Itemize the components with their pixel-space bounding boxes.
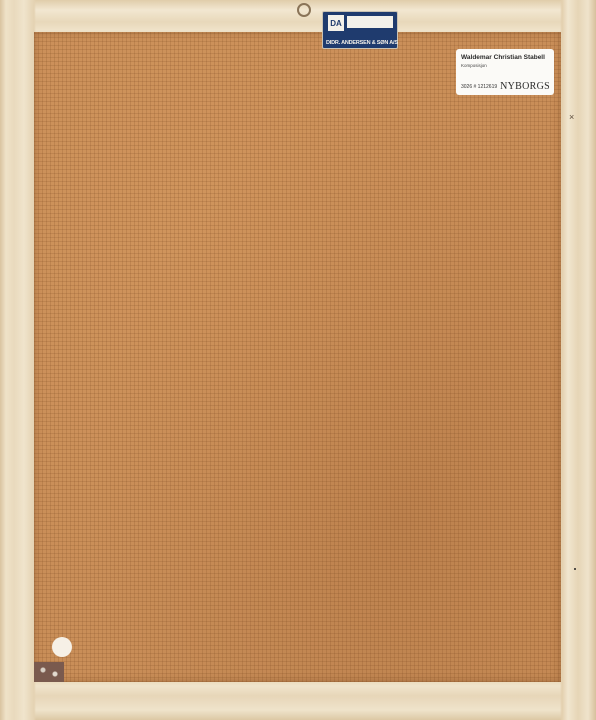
lot-number: 3026 # 1212619 [461, 84, 497, 90]
hanging-ring [297, 3, 311, 17]
framer-name: DIDR. ANDERSEN & SØN A/S [326, 40, 394, 46]
framer-logo: DA [328, 15, 344, 31]
artwork-title: Komposisjon [461, 63, 487, 68]
framer-label: DA DIDR. ANDERSEN & SØN A/S [322, 11, 398, 49]
backing-board [34, 32, 561, 682]
white-sticker-dot [52, 637, 72, 657]
pencil-mark: × [569, 112, 574, 122]
auction-label: Waldemar Christian Stabell Komposisjon 3… [456, 49, 554, 95]
framer-label-blank [347, 16, 393, 28]
artist-name: Waldemar Christian Stabell [461, 54, 545, 61]
auction-house: NYBORGS [500, 81, 550, 92]
frame-nail-hole [574, 568, 576, 570]
worn-patch [34, 662, 64, 682]
